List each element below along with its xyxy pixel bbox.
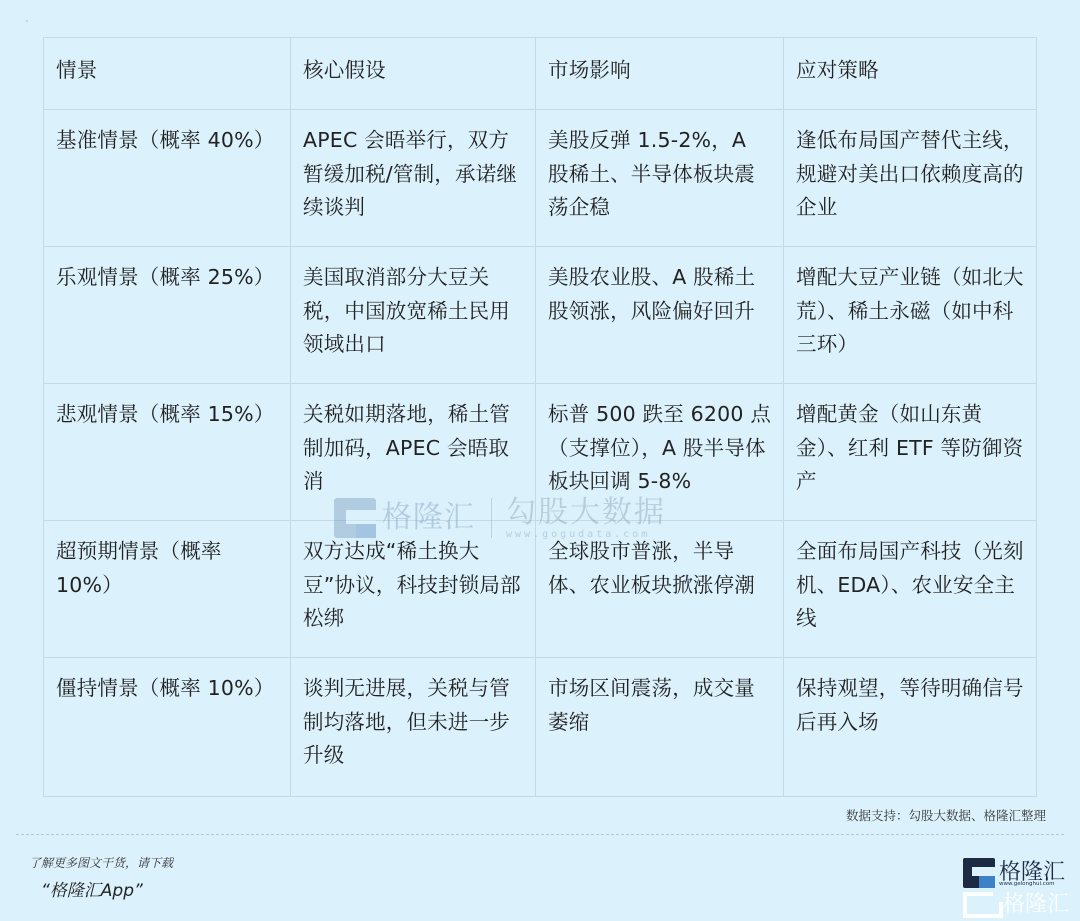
- cell-scenario: 僵持情景（概率 10%）: [44, 658, 291, 797]
- cell-impact: 标普 500 跌至 6200 点（支撑位），A 股半导体板块回调 5-8%: [536, 384, 784, 521]
- cell-scenario: 超预期情景（概率 10%）: [44, 521, 291, 658]
- cell-strategy: 全面布局国产科技（光刻机、EDA）、农业安全主线: [784, 521, 1037, 658]
- table-row: 乐观情景（概率 25%） 美国取消部分大豆关税，中国放宽稀土民用领域出口 美股农…: [44, 247, 1037, 384]
- cell-impact: 美股反弹 1.5-2%，A 股稀土、半导体板块震荡企稳: [536, 110, 784, 247]
- table-row: 僵持情景（概率 10%） 谈判无进展，关税与管制均落地，但未进一步升级 市场区间…: [44, 658, 1037, 797]
- promo-app-name: “格隆汇App”: [41, 876, 143, 901]
- cell-assumption: 双方达成“稀土换大豆”协议，科技封锁局部松绑: [291, 521, 536, 658]
- cell-impact: 市场区间震荡，成交量萎缩: [536, 658, 784, 797]
- cell-strategy: 保持观望，等待明确信号后再入场: [784, 658, 1037, 797]
- brand-ghost-text: 格隆汇: [1003, 892, 1069, 918]
- gelonghui-ghost-g-icon: [963, 892, 993, 918]
- header-assumption: 核心假设: [291, 38, 536, 110]
- gelonghui-g-icon: [963, 858, 995, 888]
- page: 情景 核心假设 市场影响 应对策略 基准情景（概率 40%） APEC 会晤举行…: [0, 0, 1080, 921]
- cell-impact: 全球股市普涨，半导体、农业板块掀涨停潮: [536, 521, 784, 658]
- cell-strategy: 增配黄金（如山东黄金）、红利 ETF 等防御资产: [784, 384, 1037, 521]
- promo-text: 了解更多图文干货，请下载: [29, 854, 173, 871]
- cell-scenario: 乐观情景（概率 25%）: [44, 247, 291, 384]
- header-scenario: 情景: [44, 38, 291, 110]
- cell-assumption: 美国取消部分大豆关税，中国放宽稀土民用领域出口: [291, 247, 536, 384]
- header-strategy: 应对策略: [784, 38, 1037, 110]
- scenario-table: 情景 核心假设 市场影响 应对策略 基准情景（概率 40%） APEC 会晤举行…: [43, 37, 1037, 797]
- cell-assumption: 关税如期落地，稀土管制加码，APEC 会晤取消: [291, 384, 536, 521]
- brand-logo: 格隆汇 www.gelonghui.com 格隆汇: [963, 858, 1069, 918]
- cell-scenario: 悲观情景（概率 15%）: [44, 384, 291, 521]
- cell-impact: 美股农业股、A 股稀土股领涨，风险偏好回升: [536, 247, 784, 384]
- table-header-row: 情景 核心假设 市场影响 应对策略: [44, 38, 1037, 110]
- brand-logo-url: www.gelonghui.com: [999, 881, 1054, 887]
- header-impact: 市场影响: [536, 38, 784, 110]
- cell-strategy: 增配大豆产业链（如北大荒）、稀土永磁（如中科三环）: [784, 247, 1037, 384]
- corner-dot: [26, 20, 28, 22]
- brand-ghost-watermark: 格隆汇: [963, 892, 1069, 918]
- table-row: 超预期情景（概率 10%） 双方达成“稀土换大豆”协议，科技封锁局部松绑 全球股…: [44, 521, 1037, 658]
- cell-scenario: 基准情景（概率 40%）: [44, 110, 291, 247]
- cell-assumption: 谈判无进展，关税与管制均落地，但未进一步升级: [291, 658, 536, 797]
- source-note: 数据支持：勾股大数据、格隆汇整理: [846, 806, 1046, 824]
- dashed-divider: [16, 834, 1064, 835]
- table-row: 悲观情景（概率 15%） 关税如期落地，稀土管制加码，APEC 会晤取消 标普 …: [44, 384, 1037, 521]
- cell-strategy: 逢低布局国产替代主线，规避对美出口依赖度高的企业: [784, 110, 1037, 247]
- table-row: 基准情景（概率 40%） APEC 会晤举行，双方暂缓加税/管制，承诺继续谈判 …: [44, 110, 1037, 247]
- cell-assumption: APEC 会晤举行，双方暂缓加税/管制，承诺继续谈判: [291, 110, 536, 247]
